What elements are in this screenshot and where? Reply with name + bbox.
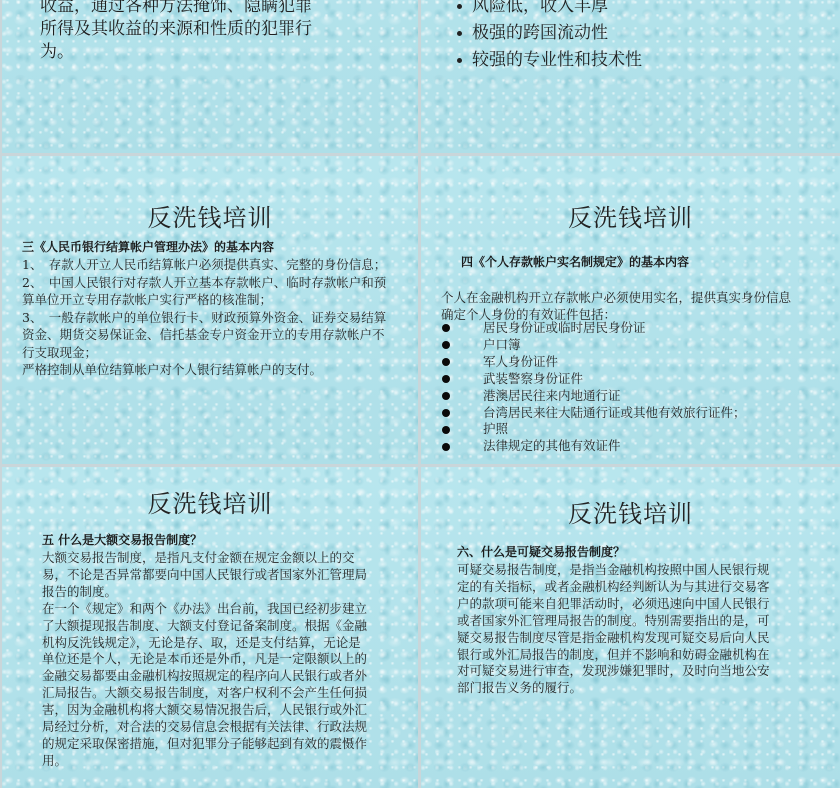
intro-line: 个人在金融机构开立存款帐户必须使用实名，提供真实身份信息 (441, 289, 840, 306)
bullet-icon (442, 375, 450, 383)
bullet-text: 极强的跨国流动性 (472, 20, 608, 47)
slide-thumbnail-5[interactable]: 反洗钱培训 五 什么是大额交易报告制度？ 大额交易报告制度，是指凡支付金额在规定… (2, 467, 418, 788)
section-heading: 三《人民币银行结算帐户管理办法》的基本内容 (22, 238, 274, 255)
bullet-icon (442, 443, 450, 451)
slide-thumbnail-6[interactable]: 反洗钱培训 六、什么是可疑交易报告制度？ 可疑交易报告制度，是指当金融机构按照中… (421, 467, 840, 788)
money-laundering-definition: 收益，通过各种方法掩饰、隐瞒犯罪 所得及其收益的来源和性质的犯罪行 为。 (40, 0, 340, 64)
list-item: 风险低，收入丰厚 (457, 0, 642, 20)
slide-intro: 个人在金融机构开立存款帐户必须使用实名，提供真实身份信息 确定个人身份的有效证件… (441, 289, 840, 323)
document-name: 护照 (483, 421, 508, 438)
bullet-text: 较强的专业性和技术性 (472, 47, 642, 74)
list-item: 护照 (441, 421, 746, 438)
bullet-text: 风险低，收入丰厚 (472, 0, 608, 20)
slide-title: 反洗钱培训 (421, 494, 840, 529)
bullet-icon (442, 358, 450, 366)
list-item: 台湾居民来往大陆通行证或其他有效旅行证件； (441, 405, 746, 422)
list-item: 港澳居民往来内地通行证 (441, 388, 746, 405)
section-heading: 六、什么是可疑交易报告制度？ (457, 543, 625, 560)
bullet-icon (442, 392, 450, 400)
document-name: 居民身份证或临时居民身份证 (483, 320, 646, 337)
list-item: 户口簿 (441, 337, 746, 354)
characteristics-list: 风险低，收入丰厚 极强的跨国流动性 较强的专业性和技术性 (457, 0, 642, 74)
document-name: 法律规定的其他有效证件 (483, 438, 621, 455)
slide-body: 1、 存款人开立人民币结算帐户必须提供真实、完整的身份信息； 2、 中国人民银行… (22, 256, 394, 379)
list-item: 较强的专业性和技术性 (457, 47, 642, 74)
slide-thumbnail-3[interactable]: 反洗钱培训 三《人民币银行结算帐户管理办法》的基本内容 1、 存款人开立人民币结… (2, 156, 418, 464)
paragraph: 2、 中国人民银行对存款人开立基本存款帐户、临时存款帐户和预算单位开立专用存款帐… (22, 274, 394, 309)
slide-thumbnail-4[interactable]: 反洗钱培训 四《个人存款帐户实名制规定》的基本内容 个人在金融机构开立存款帐户必… (421, 156, 840, 464)
bullet-icon (442, 341, 450, 349)
slide-body: 大额交易报告制度，是指凡支付金额在规定金额以上的交易，不论是否异常都要向中国人民… (42, 550, 372, 770)
document-name: 军人身份证件 (483, 354, 558, 371)
list-item: 军人身份证件 (441, 354, 746, 371)
valid-documents-list: 居民身份证或临时居民身份证 户口簿 军人身份证件 武装警察身份证件 港澳居民往来… (441, 320, 746, 455)
slide-title: 反洗钱培训 (2, 198, 418, 233)
document-name: 户口簿 (483, 337, 521, 354)
bullet-icon (457, 58, 462, 63)
definition-line: 为。 (40, 41, 340, 64)
bullet-icon (442, 426, 450, 434)
paragraph: 1、 存款人开立人民币结算帐户必须提供真实、完整的身份信息； (22, 256, 394, 274)
paragraph: 3、 一般存款帐户的单位银行卡、财政预算外资金、证券交易结算资金、期货交易保证金… (22, 309, 394, 362)
list-item: 极强的跨国流动性 (457, 20, 642, 47)
bullet-icon (457, 4, 462, 9)
document-name: 港澳居民往来内地通行证 (483, 388, 621, 405)
bullet-icon (457, 31, 462, 36)
slide-title: 反洗钱培训 (421, 198, 840, 233)
paragraph: 大额交易报告制度，是指凡支付金额在规定金额以上的交易，不论是否异常都要向中国人民… (42, 550, 372, 601)
paragraph: 可疑交易报告制度，是指当金融机构按照中国人民银行规定的有关指标，或者金融机构经判… (457, 562, 773, 697)
bullet-icon (442, 409, 450, 417)
paragraph: 在一个《规定》和两个《办法》出台前，我国已经初步建立了大额提现报告制度、大额支付… (42, 601, 372, 770)
slide-title: 反洗钱培训 (2, 484, 418, 519)
slide-body: 可疑交易报告制度，是指当金融机构按照中国人民银行规定的有关指标，或者金融机构经判… (457, 562, 773, 697)
slide-thumbnail-2[interactable]: 风险低，收入丰厚 极强的跨国流动性 较强的专业性和技术性 (421, 0, 840, 153)
paragraph: 严格控制从单位结算帐户对个人银行结算帐户的支付。 (22, 361, 394, 379)
section-heading: 四《个人存款帐户实名制规定》的基本内容 (461, 253, 689, 270)
definition-line: 所得及其收益的来源和性质的犯罪行 (40, 18, 340, 41)
list-item: 居民身份证或临时居民身份证 (441, 320, 746, 337)
document-name: 台湾居民来往大陆通行证或其他有效旅行证件； (483, 405, 746, 422)
list-item: 法律规定的其他有效证件 (441, 438, 746, 455)
list-item: 武装警察身份证件 (441, 371, 746, 388)
definition-line: 收益，通过各种方法掩饰、隐瞒犯罪 (40, 0, 340, 18)
document-name: 武装警察身份证件 (483, 371, 583, 388)
bullet-icon (442, 324, 450, 332)
section-heading: 五 什么是大额交易报告制度？ (42, 531, 202, 548)
slide-thumbnail-1[interactable]: 收益，通过各种方法掩饰、隐瞒犯罪 所得及其收益的来源和性质的犯罪行 为。 (2, 0, 418, 153)
